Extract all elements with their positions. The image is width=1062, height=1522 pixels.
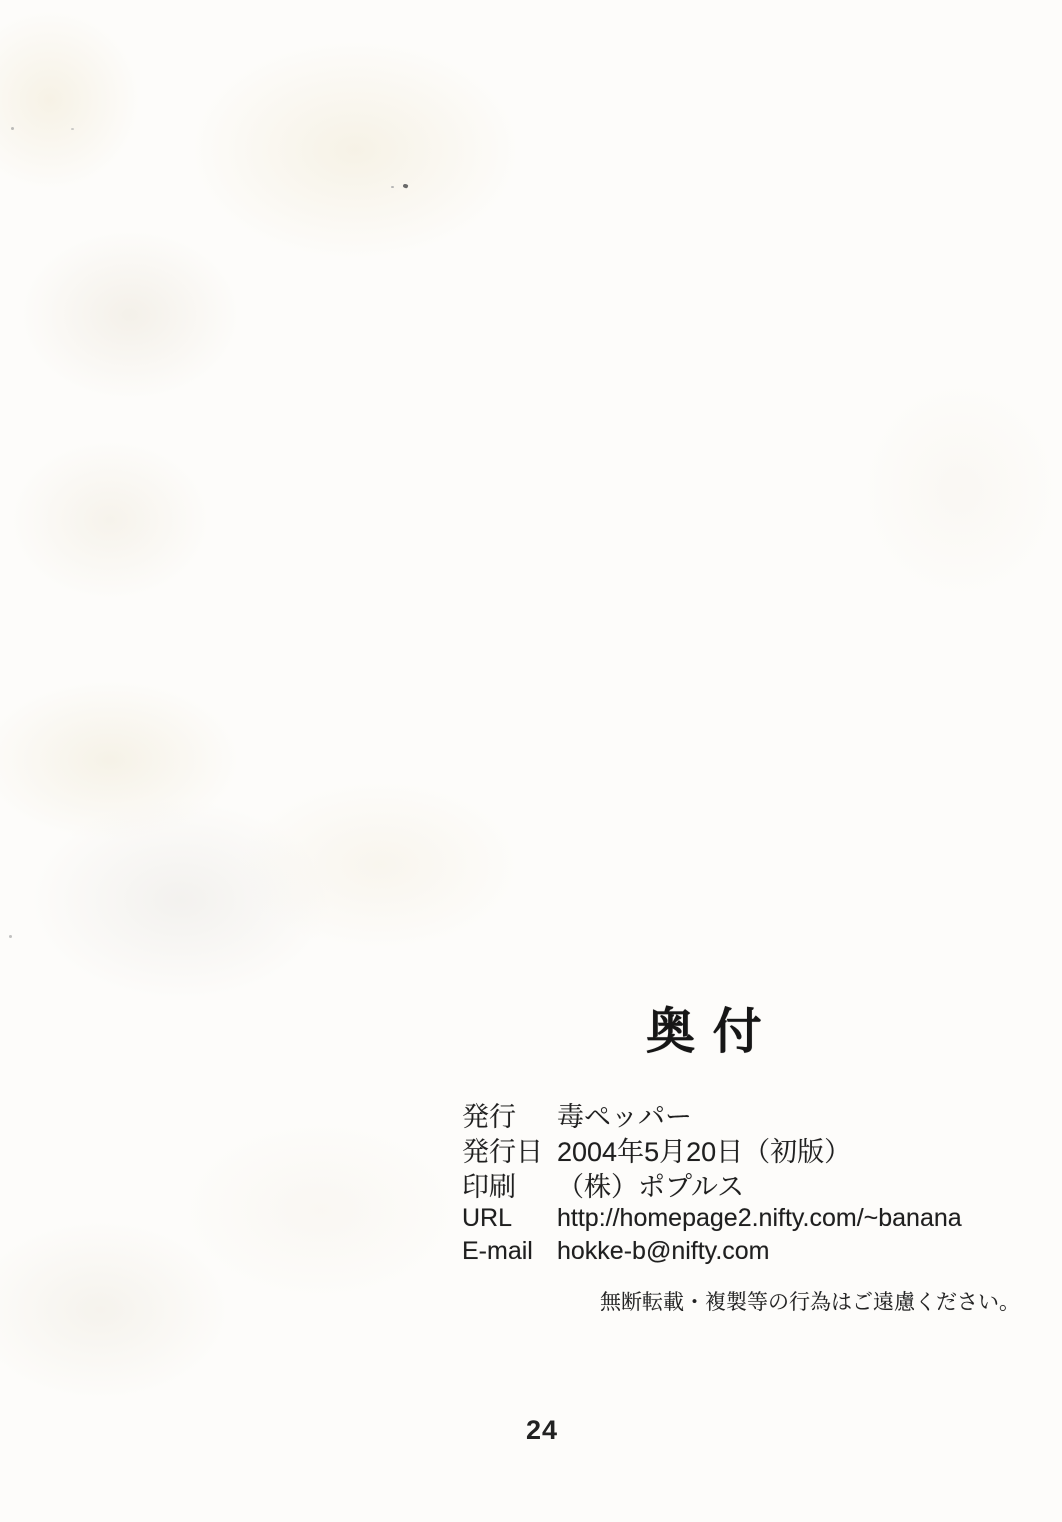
scan-smudge <box>30 800 330 1000</box>
scan-speck <box>11 127 14 130</box>
page-number: 24 <box>526 1415 558 1446</box>
url-label: URL <box>462 1204 557 1233</box>
scan-smudge <box>0 680 240 840</box>
email-label: E-mail <box>462 1237 557 1266</box>
scan-speck <box>71 128 74 130</box>
scan-smudge <box>240 780 520 950</box>
scan-smudge <box>190 40 520 260</box>
scan-smudge <box>180 1120 460 1300</box>
url-value: http://homepage2.nifty.com/~banana <box>557 1204 962 1233</box>
scan-speck <box>391 186 394 188</box>
colophon-title: 奥 付 <box>646 1006 764 1060</box>
scan-smudge <box>0 10 140 190</box>
scan-smudge <box>860 380 1060 600</box>
publish-date-label: 発行日 <box>462 1130 557 1169</box>
scan-smudge <box>20 230 240 400</box>
printer-value: （株）ポプルス <box>557 1165 744 1204</box>
scan-smudge <box>0 1220 230 1400</box>
colophon-row-publish-date: 発行日 2004年5月20日（初版） <box>462 1132 962 1167</box>
scanned-colophon-page: 奥 付 発行 毒ペッパー 発行日 2004年5月20日（初版） 印刷 （株）ポプ… <box>0 0 1062 1522</box>
scan-speck <box>402 183 408 189</box>
printer-label: 印刷 <box>462 1165 557 1204</box>
colophon-block: 発行 毒ペッパー 発行日 2004年5月20日（初版） 印刷 （株）ポプルス U… <box>462 1097 962 1268</box>
colophon-row-email: E-mail hokke-b@nifty.com <box>462 1235 962 1268</box>
reproduction-notice: 無断転載・複製等の行為はご遠慮ください。 <box>600 1286 1020 1316</box>
publisher-value: 毒ペッパー <box>557 1095 692 1134</box>
scan-speck <box>9 935 12 938</box>
publisher-label: 発行 <box>462 1095 557 1134</box>
colophon-row-url: URL http://homepage2.nifty.com/~banana <box>462 1202 962 1235</box>
colophon-row-publisher: 発行 毒ペッパー <box>462 1097 962 1132</box>
email-value: hokke-b@nifty.com <box>557 1237 770 1266</box>
publish-date-value: 2004年5月20日（初版） <box>557 1130 851 1169</box>
scan-smudge <box>10 440 210 600</box>
colophon-row-printer: 印刷 （株）ポプルス <box>462 1167 962 1202</box>
